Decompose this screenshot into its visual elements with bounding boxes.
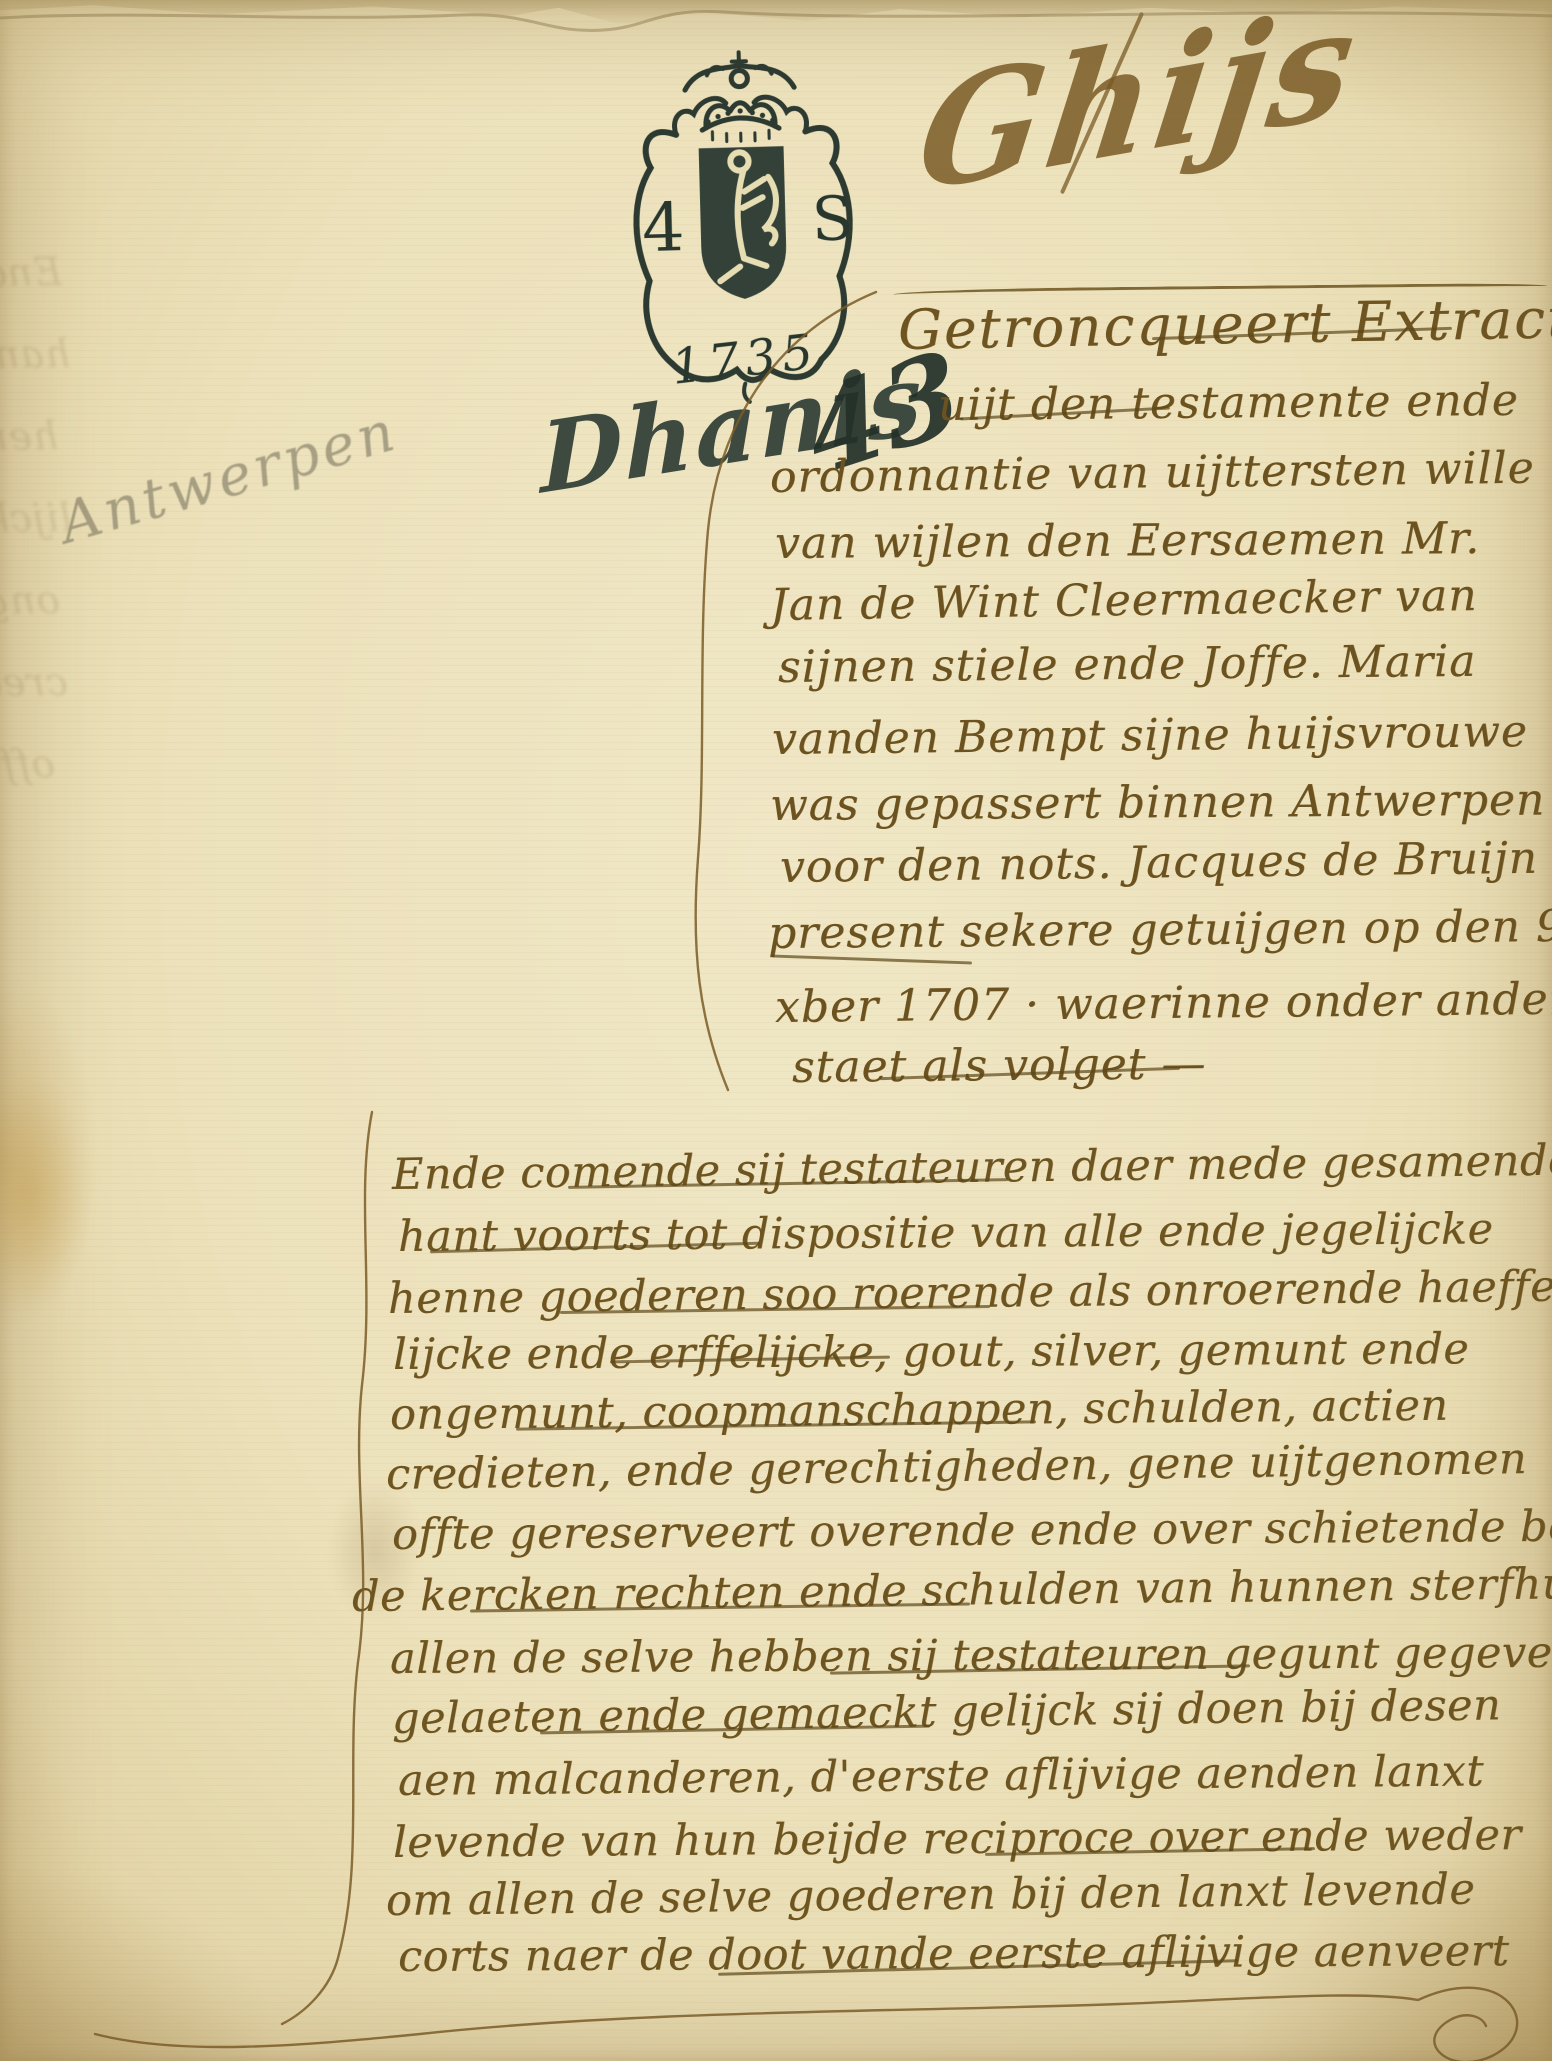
bleedthrough-line: hant voorts tot dispositie van alle ende… <box>0 332 70 388</box>
bleedthrough-line: Ende comende sij testateuren daer mede g… <box>0 250 62 315</box>
body-line: corts naer de doot vande eerste aflijvig… <box>398 1926 1510 1982</box>
heading-line: uijt den testamente ende <box>938 375 1519 431</box>
body-line: hant voorts tot dispositie van alle ende… <box>398 1204 1494 1262</box>
heading-line: vanden Bempt sijne huijsvrouwe <box>772 706 1528 765</box>
heading-line: present sekere getuijgen op den 9 <box>768 901 1552 959</box>
body-line: levende van hun beijde reciproce over en… <box>393 1810 1522 1868</box>
body-line: credieten, ende gerechtigheden, gene uij… <box>386 1434 1528 1500</box>
body-line: ongemunt, coopmanschappen, schulden, act… <box>390 1381 1449 1440</box>
heading-line: was gepassert binnen Antwerpen <box>770 775 1546 831</box>
body-line: aen malcanderen, d'eerste aflijvige aend… <box>398 1747 1484 1806</box>
heading-line: Getroncqueert Extract <box>897 286 1552 362</box>
body-line: om allen de selve goederen bij den lanxt… <box>386 1865 1476 1926</box>
body-line: offte gereserveert overende ende over sc… <box>392 1501 1552 1560</box>
bleedthrough-line: ongemunt, coopmanschappen, schulden, act… <box>0 578 60 640</box>
heading-line: van wijlen den Eersaemen Mr. <box>775 513 1480 569</box>
heading-line: ordonnantie van uijttersten wille <box>770 443 1535 503</box>
stamp-duty-right: S <box>811 184 854 255</box>
body-line: de kercken rechten ende schulden van hun… <box>352 1558 1552 1622</box>
heading-line: staet als volget — <box>792 1038 1207 1093</box>
bleedthrough-line: credieten, ende gerechtigheden, gene uij… <box>0 660 68 718</box>
heading-line: xber 1707 · waerinne onder andere <box>775 973 1552 1033</box>
body-line: henne goederen soo roerende als onroeren… <box>388 1262 1552 1324</box>
heading-line: Jan de Wint Cleermaecker van <box>770 570 1478 631</box>
margin-pencil-note: Antwerpen <box>53 398 405 556</box>
body-line: gelaeten ende gemaeckt gelijck sij doen … <box>392 1680 1502 1744</box>
bottom-flourish-line <box>95 1988 1517 2061</box>
clerk-signature: Ghijs <box>909 0 1369 227</box>
heading-line: voor den nots. Jacques de Bruijn <box>780 833 1539 893</box>
manuscript-page: Ende comende sij testateuren daer mede g… <box>0 0 1552 2061</box>
bleedthrough-line: offte gereserveert overende ende over sc… <box>0 742 55 810</box>
body-line: lijcke ende erffelijcke, gout, silver, g… <box>393 1324 1470 1380</box>
heading-line: sijnen stiele ende Joffe. Maria <box>778 636 1477 693</box>
stamp-duty-left: 4 <box>641 188 685 267</box>
body-line: allen de selve hebben sij testateuren ge… <box>390 1628 1552 1684</box>
paper-stain <box>0 1080 90 1310</box>
bleedthrough-line: henne goederen soo roerende als onroeren… <box>0 414 58 482</box>
lion-shield-icon <box>699 146 788 300</box>
body-line: Ende comende sij testateuren daer mede g… <box>392 1135 1552 1200</box>
